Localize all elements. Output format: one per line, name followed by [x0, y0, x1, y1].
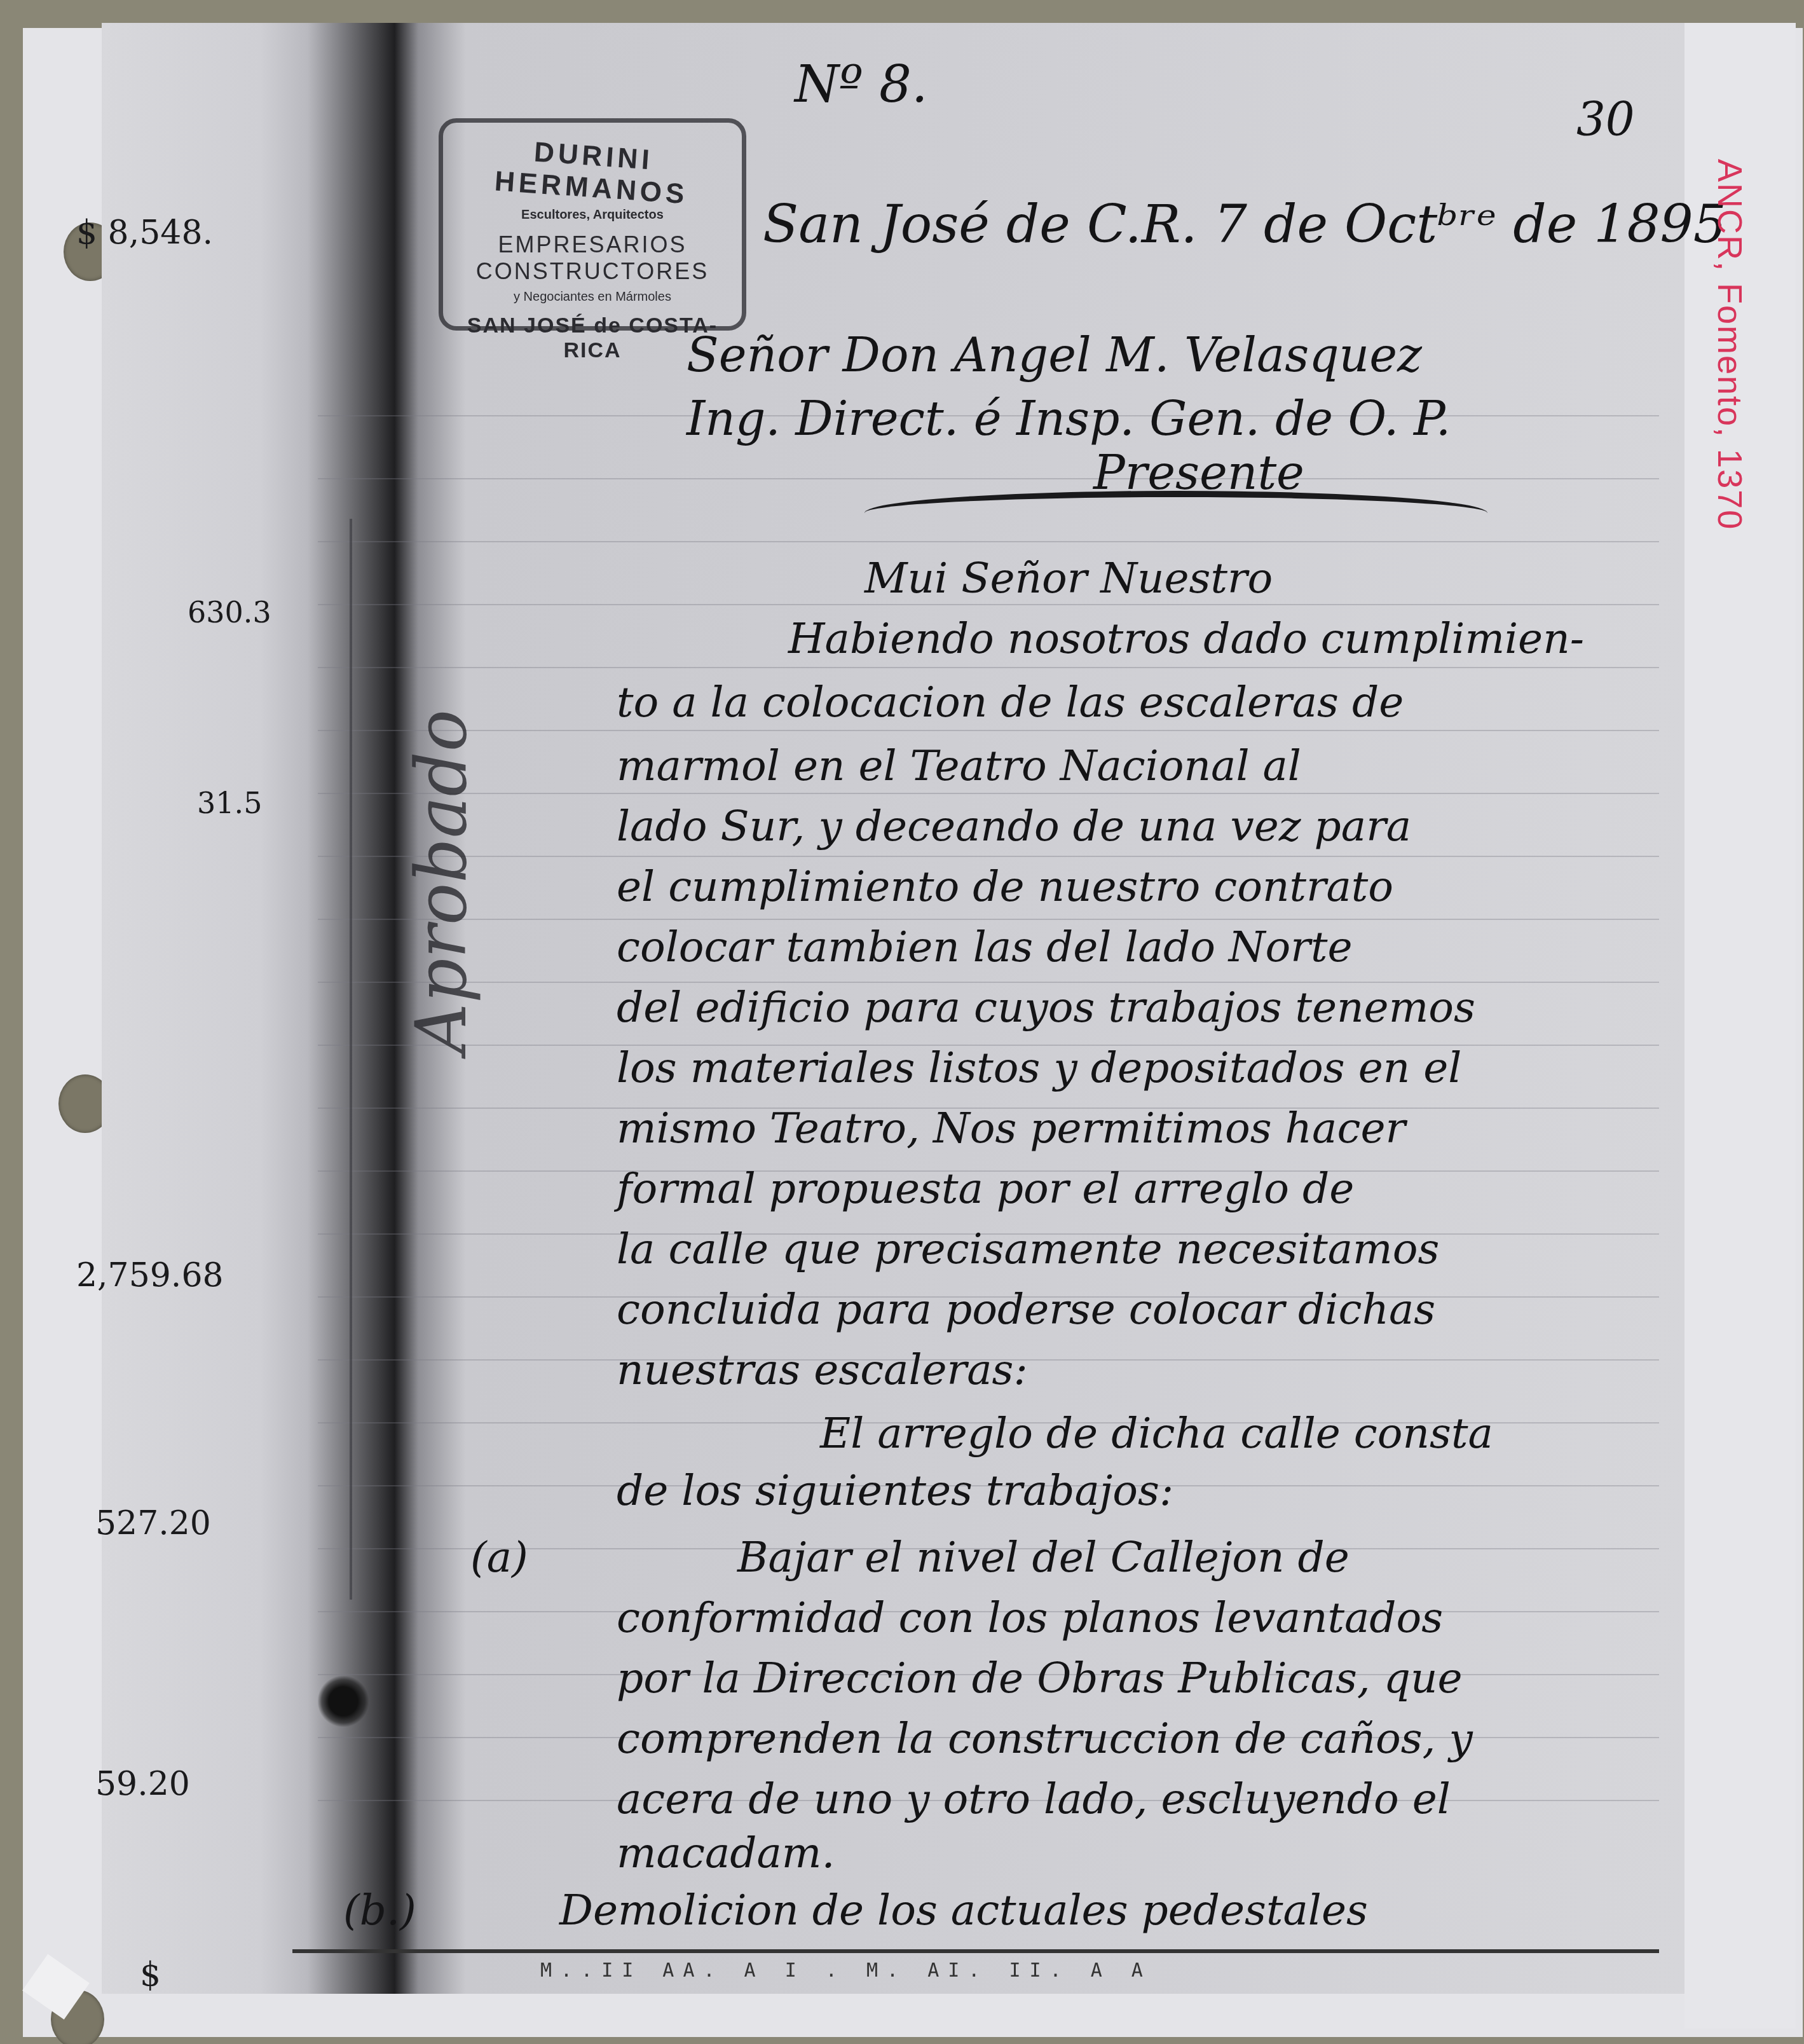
- body-line-9: mismo Teatro, Nos permitimos hacer: [617, 1104, 1405, 1153]
- footer-fragment: M..II AA. A I . M. AI. II. A A: [540, 1959, 1152, 1982]
- body-line-12: concluida para poderse colocar dichas: [617, 1285, 1435, 1334]
- flourish-underline: [864, 491, 1487, 535]
- item-a-line-4: comprenden la construccion de caños, y: [617, 1714, 1473, 1763]
- company-stamp: DURINI HERMANOS Escultores, Arquitectos …: [439, 118, 746, 331]
- addressee-title: Ing. Direct. é Insp. Gen. de O. P.: [687, 392, 1451, 446]
- body-line-14: El arreglo de dicha calle consta: [820, 1409, 1493, 1458]
- margin-figure-5: 59.20: [95, 1765, 190, 1803]
- body-line-1: Habiendo nosotros dado cumplimien-: [788, 614, 1584, 663]
- item-b-label: (b.): [343, 1886, 416, 1935]
- body-line-6: colocar tambien las del lado Norte: [617, 923, 1352, 971]
- margin-figure-2: 31.5: [197, 786, 262, 820]
- letter-photocopy: DURINI HERMANOS Escultores, Arquitectos …: [102, 23, 1684, 1994]
- stamp-trade: y Negociantes en Mármoles: [443, 290, 742, 305]
- body-line-3: marmol en el Teatro Nacional al: [617, 741, 1301, 790]
- margin-rule: [350, 519, 352, 1600]
- item-a-label: (a): [470, 1533, 528, 1582]
- margin-figure-3: 2,759.68: [76, 1256, 224, 1294]
- folio-number: 30: [1576, 93, 1635, 146]
- stamp-company-name: DURINI HERMANOS: [441, 130, 744, 215]
- item-a-line-6: macadam.: [617, 1828, 835, 1877]
- salutation: Mui Señor Nuestro: [864, 554, 1273, 603]
- margin-figure-1: 630.3: [188, 595, 271, 629]
- body-line-10: formal propuesta por el arreglo de: [617, 1164, 1354, 1213]
- body-line-11: la calle que precisamente necesitamos: [617, 1224, 1439, 1273]
- item-a-line-3: por la Direccion de Obras Publicas, que: [617, 1654, 1463, 1703]
- margin-figure-4: 527.20: [95, 1504, 211, 1542]
- margin-dollar-sign: $: [140, 1956, 161, 1994]
- margin-figure-total: $ 8,548.: [76, 214, 213, 252]
- addressee-name: Señor Don Angel M. Velasquez: [687, 328, 1422, 383]
- body-line-4: lado Sur, y deceando de una vez para: [617, 802, 1411, 851]
- body-line-13: nuestras escaleras:: [617, 1345, 1028, 1394]
- stamp-business: EMPRESARIOS CONSTRUCTORES: [443, 231, 742, 285]
- body-line-15: de los siguientes trabajos:: [617, 1466, 1173, 1515]
- document-number: Nº 8.: [795, 55, 927, 114]
- body-line-2: to a la colocacion de las escaleras de: [617, 678, 1404, 727]
- item-b-line-1: Demolicion de los actuales pedestales: [559, 1886, 1368, 1935]
- archive-reference-note: ANCR, Fomento, 1370: [1710, 159, 1749, 530]
- item-a-line-5: acera de uno y otro lado, escluyendo el: [617, 1774, 1451, 1823]
- body-line-7: del edificio para cuyos trabajos tenemos: [617, 983, 1475, 1032]
- item-a-line-1: Bajar el nivel del Callejon de: [737, 1533, 1350, 1582]
- body-line-5: el cumplimiento de nuestro contrato: [617, 862, 1393, 911]
- ink-blot: [318, 1676, 369, 1727]
- date-line: San José de C.R. 7 de Octᵇʳᵉ de 1895: [763, 195, 1726, 255]
- body-line-8: los materiales listos y depositados en e…: [617, 1043, 1461, 1092]
- item-a-line-2: conformidad con los planos levantados: [617, 1593, 1443, 1642]
- bottom-rule: [292, 1949, 1659, 1953]
- vertical-signature-annotation: Aprobado: [400, 710, 482, 1053]
